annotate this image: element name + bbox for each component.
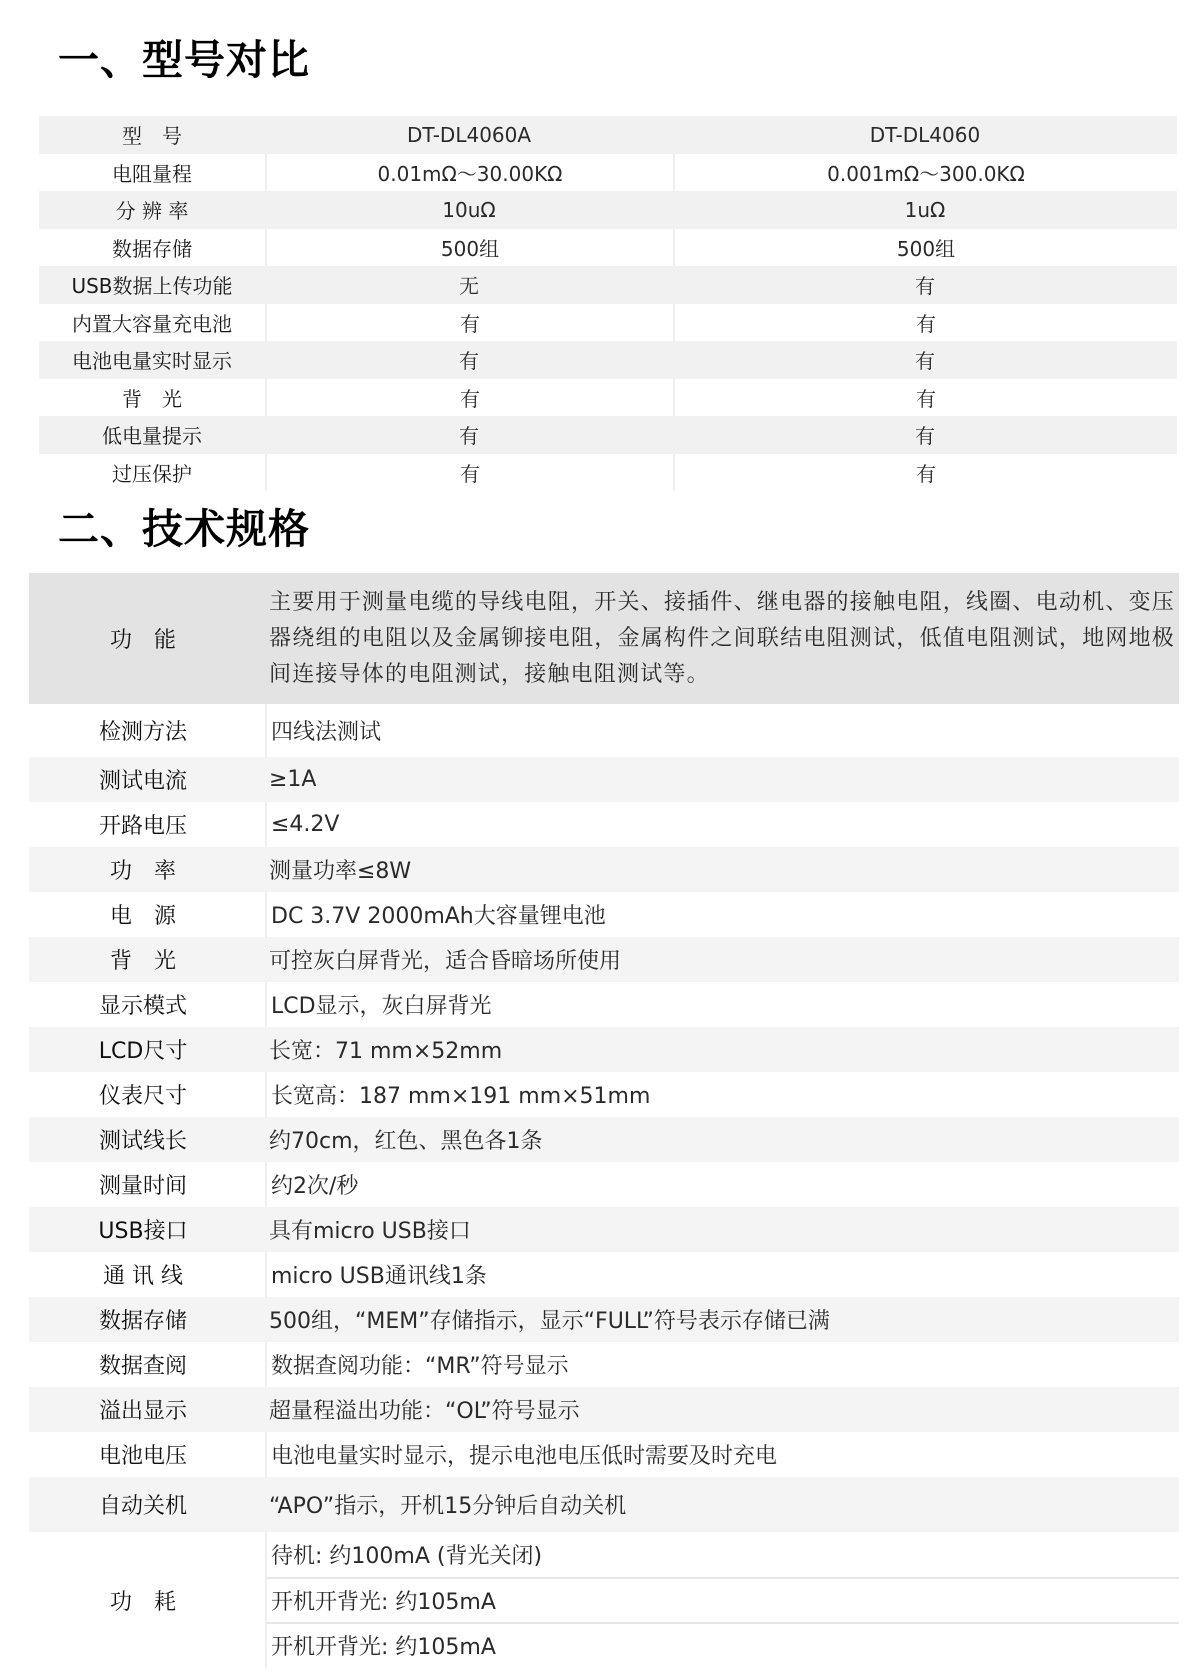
spec-label: 显示模式 [29,982,265,1027]
spec-label: 溢出显示 [29,1387,265,1432]
section-title-model-comparison: 一、型号对比 [58,36,310,84]
spec-row: 仪表尺寸 长宽高：187 mm×191 mm×51mm [29,1072,1179,1117]
spec-value: DC 3.7V 2000mAh大容量锂电池 [265,892,1179,937]
row-label: 过压保护 [39,454,265,492]
spec-value: 约70cm，红色、黑色各1条 [265,1117,1179,1162]
spec-row: 溢出显示 超量程溢出功能：“OL”符号显示 [29,1387,1179,1432]
cell-model-a: 有 [265,416,673,454]
row-label: USB数据上传功能 [39,266,265,304]
table-row: USB数据上传功能 无 有 [39,266,1177,304]
cell-model-a: 有 [265,341,673,379]
spec-row: 测量时间 约2次/秒 [29,1162,1179,1207]
table-row: 分 辨 率 10uΩ 1uΩ [39,191,1177,229]
table-row: 电池电量实时显示 有 有 [39,341,1177,379]
spec-label: 电 源 [29,892,265,937]
spec-row: 测试线长 约70cm，红色、黑色各1条 [29,1117,1179,1162]
spec-row: 开路电压 ≤4.2V [29,802,1179,847]
spec-label: USB接口 [29,1207,265,1252]
spec-row: 电池电压 电池电量实时显示，提示电池电压低时需要及时充电 [29,1432,1179,1477]
spec-label: 测试线长 [29,1117,265,1162]
power-line: 待机: 约100mA (背光关闭) [267,1532,1179,1577]
spec-value: ≥1A [265,757,1179,802]
spec-label: 仪表尺寸 [29,1072,265,1117]
spec-row: 自动关机 “APO”指示，开机15分钟后自动关机 [29,1477,1179,1532]
spec-label: 测试电流 [29,757,265,802]
header-cell-model-b: DT-DL4060 [673,116,1177,154]
spec-value: 500组，“MEM”存储指示，显示“FULL”符号表示存储已满 [265,1297,1179,1342]
spec-row: 通 讯 线 micro USB通讯线1条 [29,1252,1179,1297]
cell-model-a: 有 [265,379,673,417]
row-label: 内置大容量充电池 [39,304,265,342]
row-label: 电池电量实时显示 [39,341,265,379]
spec-label: 自动关机 [29,1477,265,1532]
table-row: 数据存储 500组 500组 [39,229,1177,267]
cell-model-b: 有 [673,304,1177,342]
spec-label: 通 讯 线 [29,1252,265,1297]
spec-row: 显示模式 LCD显示，灰白屏背光 [29,982,1179,1027]
table-row: 低电量提示 有 有 [39,416,1177,454]
spec-value: micro USB通讯线1条 [265,1252,1179,1297]
spec-row: 数据存储 500组，“MEM”存储指示，显示“FULL”符号表示存储已满 [29,1297,1179,1342]
cell-model-a: 10uΩ [265,191,673,229]
cell-model-b: 500组 [673,229,1177,267]
spec-value: 超量程溢出功能：“OL”符号显示 [265,1387,1179,1432]
row-label: 数据存储 [39,229,265,267]
spec-label: LCD尺寸 [29,1027,265,1072]
spec-row: 功 率 测量功率≤8W [29,847,1179,892]
cell-model-b: 有 [673,454,1177,492]
tech-spec-table: 功 能 主要用于测量电缆的导线电阻，开关、接插件、继电器的接触电阻，线圈、电动机… [29,573,1179,1668]
table-row: 背 光 有 有 [39,379,1177,417]
cell-model-a: 有 [265,304,673,342]
spec-row-power-consumption: 功 耗 待机: 约100mA (背光关闭) 开机开背光: 约105mA 开机开背… [29,1532,1179,1668]
spec-label: 开路电压 [29,802,265,847]
section-title-tech-specs: 二、技术规格 [58,505,310,553]
spec-label: 背 光 [29,937,265,982]
spec-row: 检测方法 四线法测试 [29,704,1179,757]
spec-label: 数据查阅 [29,1342,265,1387]
spec-label: 数据存储 [29,1297,265,1342]
spec-row: 测试电流 ≥1A [29,757,1179,802]
spec-label: 测量时间 [29,1162,265,1207]
spec-value: 测量功率≤8W [265,847,1179,892]
spec-value: 数据查阅功能：“MR”符号显示 [265,1342,1179,1387]
header-cell-model-a: DT-DL4060A [265,116,673,154]
power-line: 开机开背光: 约105mA [267,1577,1179,1622]
row-label: 分 辨 率 [39,191,265,229]
spec-value: 长宽高：187 mm×191 mm×51mm [265,1072,1179,1117]
cell-model-b: 有 [673,266,1177,304]
spec-label: 电池电压 [29,1432,265,1477]
spec-value: 长宽：71 mm×52mm [265,1027,1179,1072]
cell-model-b: 有 [673,341,1177,379]
spec-value: 主要用于测量电缆的导线电阻，开关、接插件、继电器的接触电阻，线圈、电动机、变压器… [265,573,1179,704]
spec-row: LCD尺寸 长宽：71 mm×52mm [29,1027,1179,1072]
table-row: 过压保护 有 有 [39,454,1177,492]
spec-row: 数据查阅 数据查阅功能：“MR”符号显示 [29,1342,1179,1387]
spec-label: 功 耗 [29,1532,265,1668]
spec-row-function: 功 能 主要用于测量电缆的导线电阻，开关、接插件、继电器的接触电阻，线圈、电动机… [29,573,1179,704]
spec-label: 检测方法 [29,704,265,757]
spec-row: USB接口 具有micro USB接口 [29,1207,1179,1252]
spec-label: 功 能 [29,573,265,704]
row-label: 电阻量程 [39,154,265,192]
spec-value: 电池电量实时显示，提示电池电压低时需要及时充电 [265,1432,1179,1477]
power-line: 开机开背光: 约105mA [267,1622,1179,1667]
spec-value: 约2次/秒 [265,1162,1179,1207]
spec-value: ≤4.2V [265,802,1179,847]
cell-model-b: 有 [673,379,1177,417]
cell-model-a: 0.01mΩ～30.00KΩ [265,154,673,192]
cell-model-a: 无 [265,266,673,304]
cell-model-b: 0.001mΩ～300.0KΩ [673,154,1177,192]
cell-model-b: 1uΩ [673,191,1177,229]
spec-value: 可控灰白屏背光，适合昏暗场所使用 [265,937,1179,982]
spec-value: “APO”指示，开机15分钟后自动关机 [265,1477,1179,1532]
spec-row: 电 源 DC 3.7V 2000mAh大容量锂电池 [29,892,1179,937]
table-row: 内置大容量充电池 有 有 [39,304,1177,342]
row-label: 背 光 [39,379,265,417]
cell-model-a: 500组 [265,229,673,267]
spec-row: 背 光 可控灰白屏背光，适合昏暗场所使用 [29,937,1179,982]
spec-value: LCD显示，灰白屏背光 [265,982,1179,1027]
model-comparison-table: 型 号 DT-DL4060A DT-DL4060 电阻量程 0.01mΩ～30.… [39,116,1177,491]
cell-model-a: 有 [265,454,673,492]
table-header-row: 型 号 DT-DL4060A DT-DL4060 [39,116,1177,154]
power-consumption-list: 待机: 约100mA (背光关闭) 开机开背光: 约105mA 开机开背光: 约… [265,1532,1179,1668]
cell-model-b: 有 [673,416,1177,454]
spec-value: 具有micro USB接口 [265,1207,1179,1252]
spec-label: 功 率 [29,847,265,892]
table-row: 电阻量程 0.01mΩ～30.00KΩ 0.001mΩ～300.0KΩ [39,154,1177,192]
row-label: 低电量提示 [39,416,265,454]
spec-value: 四线法测试 [265,704,1179,757]
header-cell-model-label: 型 号 [39,116,265,154]
